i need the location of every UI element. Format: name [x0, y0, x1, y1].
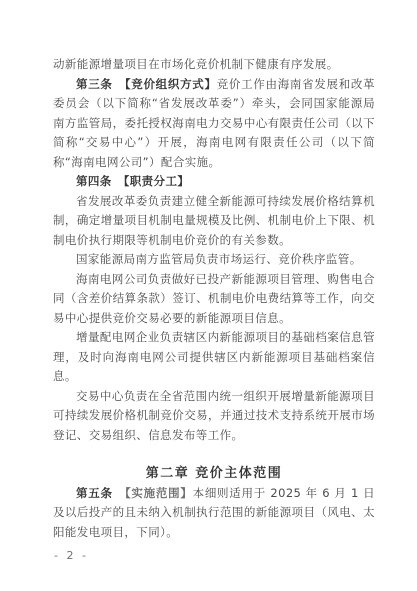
- text-run: 动新能源增量项目在市场化竞价机制下健康有序发展。: [53, 57, 339, 71]
- text-run: 海南电网公司负责做好已投产新能源项目管理、购售电合同（含差价结算条款）签订、机制…: [53, 272, 375, 325]
- paragraph: 动新能源增量项目在市场化竞价机制下健康有序发展。: [53, 55, 375, 75]
- document-body: 动新能源增量项目在市场化竞价机制下健康有序发展。第三条 【竞价组织方式】竞价工作…: [53, 55, 375, 542]
- chapter-heading: 第二章 竞价主体范围: [53, 464, 375, 484]
- paragraph: 海南电网公司负责做好已投产新能源项目管理、购售电合同（含差价结算条款）签订、机制…: [53, 270, 375, 329]
- bold-text-run: 第二章 竞价主体范围: [146, 466, 283, 481]
- bold-text-run: 【职责分工】: [124, 174, 190, 188]
- paragraph: 第五条 【实施范围】本细则适用于 2025 年 6 月 1 日及以后投产的且未纳…: [53, 484, 375, 543]
- bold-text-run: 【实施范围】: [125, 486, 193, 500]
- bold-text-run: 第三条: [76, 77, 113, 91]
- text-run: 增量配电网企业负责辖区内新能源项目的基础档案信息管理，及时向海南电网公司提供辖区…: [53, 330, 375, 383]
- paragraph: 省发展改革委负责建立健全新能源可持续发展价格结算机制，确定增量项目机制电量规模及…: [53, 192, 375, 251]
- text-run: [112, 174, 124, 188]
- paragraph: 增量配电网企业负责辖区内新能源项目的基础档案信息管理，及时向海南电网公司提供辖区…: [53, 328, 375, 387]
- bold-text-run: 第四条: [76, 174, 112, 188]
- text-run: 交易中心负责在全省范围内统一组织开展增量新能源项目可持续发展价格机制竞价交易，并…: [53, 389, 375, 442]
- paragraph: 交易中心负责在全省范围内统一组织开展增量新能源项目可持续发展价格机制竞价交易，并…: [53, 387, 375, 446]
- text-run: [113, 486, 125, 500]
- paragraph: 国家能源局南方监管局负责市场运行、竞价秩序监管。: [53, 250, 375, 270]
- bold-text-run: 第五条: [76, 486, 113, 500]
- text-run: 国家能源局南方监管局负责市场运行、竞价秩序监管。: [76, 252, 362, 266]
- paragraph: 第四条 【职责分工】: [53, 172, 375, 192]
- bold-text-run: 【竞价组织方式】: [125, 77, 217, 91]
- text-run: 省发展改革委负责建立健全新能源可持续发展价格结算机制，确定增量项目机制电量规模及…: [53, 194, 375, 247]
- scanned-document-page: 动新能源增量项目在市场化竞价机制下健康有序发展。第三条 【竞价组织方式】竞价工作…: [0, 0, 417, 591]
- page-number: - 2 -: [54, 549, 88, 562]
- text-run: [113, 77, 125, 91]
- paragraph: 第三条 【竞价组织方式】竞价工作由海南省发展和改革委员会（以下简称“省发展改革委…: [53, 75, 375, 173]
